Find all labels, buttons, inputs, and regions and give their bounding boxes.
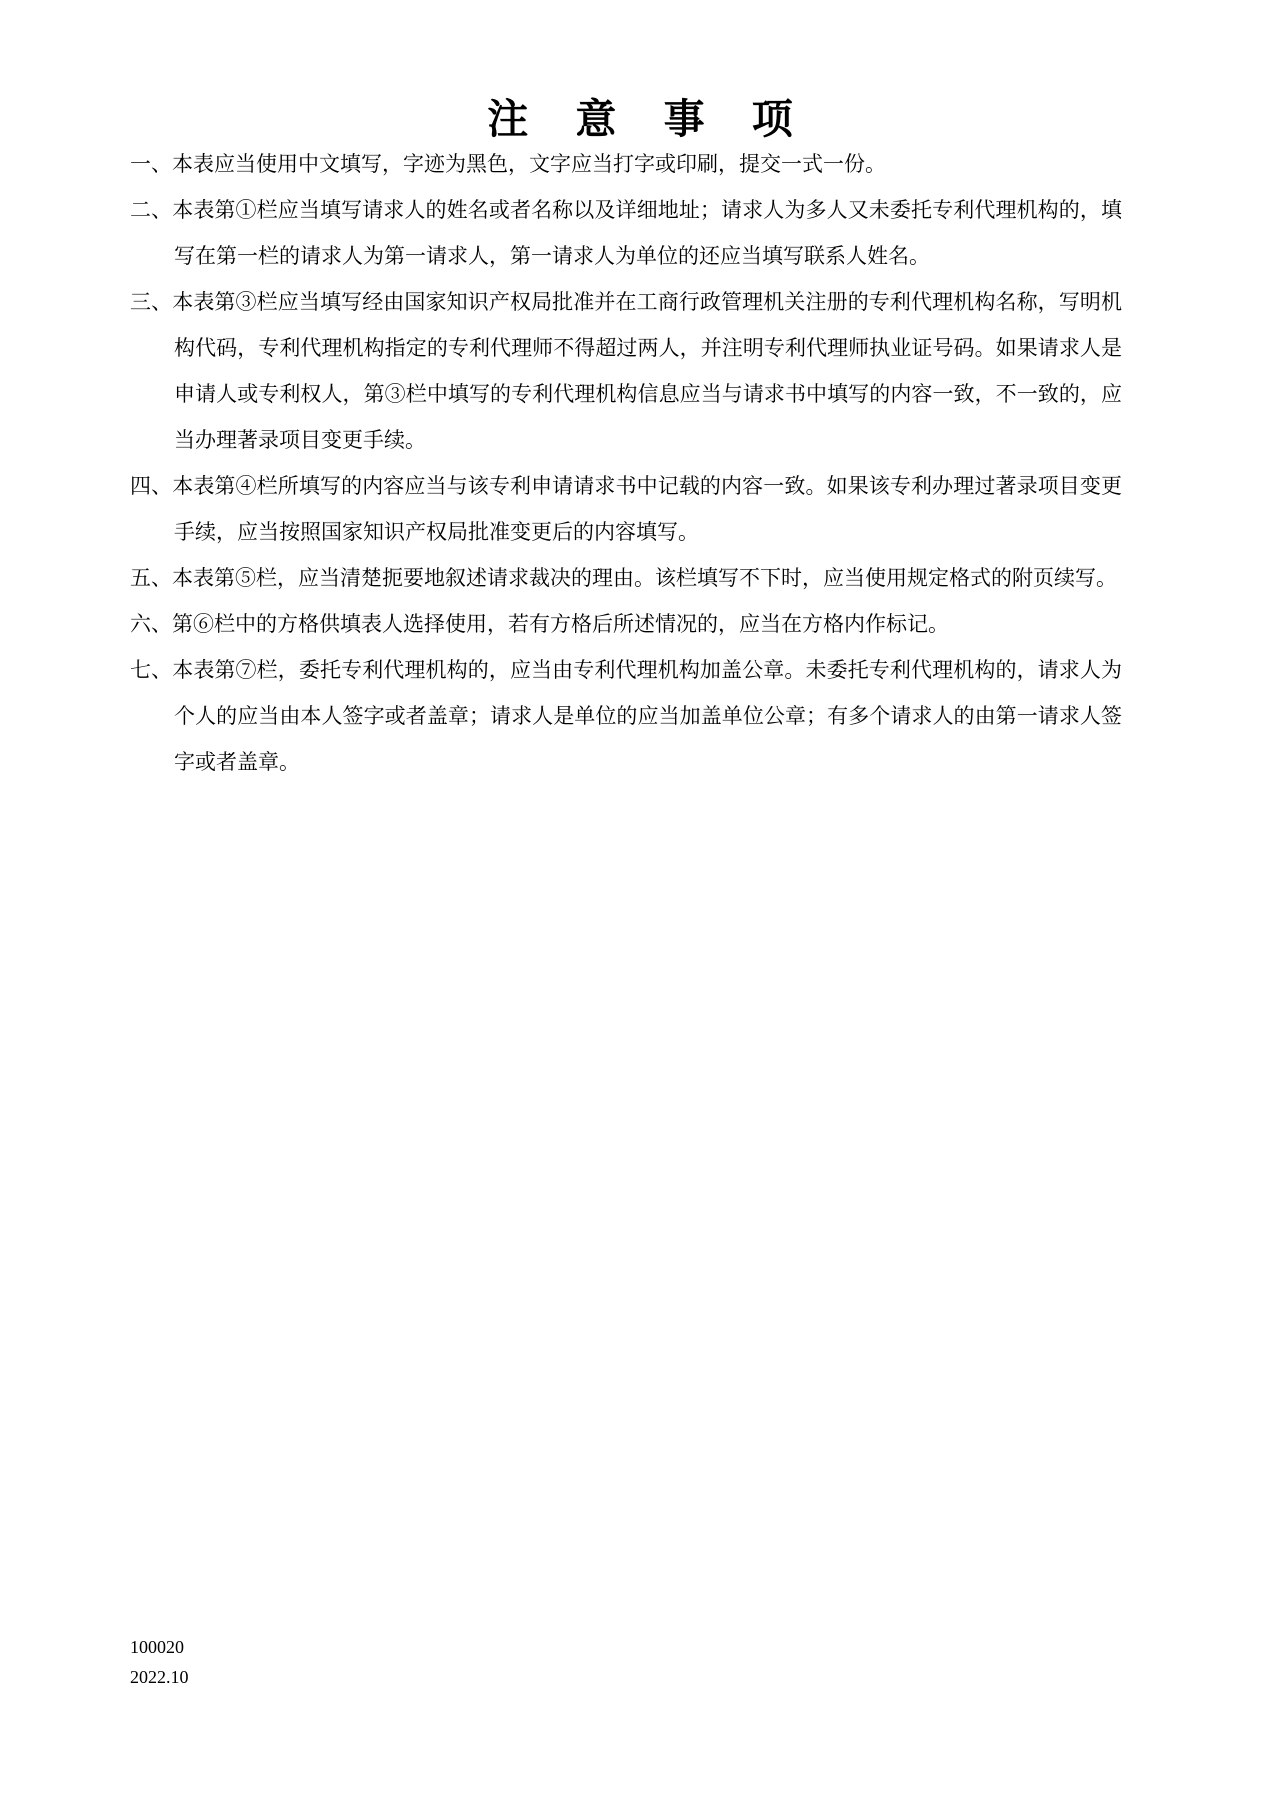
note-text: 本表应当使用中文填写，字迹为黑色，文字应当打字或印刷，提交一式一份。 — [172, 152, 886, 176]
notice-page: 注意事项 一、本表应当使用中文填写，字迹为黑色，文字应当打字或印刷，提交一式一份… — [0, 0, 1280, 1810]
page-title: 注意事项 — [0, 86, 1280, 145]
form-revision-date: 2022.10 — [130, 1662, 189, 1692]
note-item-5: 五、本表第⑤栏，应当清楚扼要地叙述请求裁决的理由。该栏填写不下时，应当使用规定格… — [130, 555, 1122, 601]
note-item-4: 四、本表第④栏所填写的内容应当与该专利申请请求书中记载的内容一致。如果该专利办理… — [130, 463, 1122, 555]
note-item-1: 一、本表应当使用中文填写，字迹为黑色，文字应当打字或印刷，提交一式一份。 — [130, 141, 1122, 187]
note-text: 本表第①栏应当填写请求人的姓名或者名称以及详细地址；请求人为多人又未委托专利代理… — [172, 198, 1122, 268]
note-item-2: 二、本表第①栏应当填写请求人的姓名或者名称以及详细地址；请求人为多人又未委托专利… — [130, 187, 1122, 279]
note-text: 第⑥栏中的方格供填表人选择使用，若有方格后所述情况的，应当在方格内作标记。 — [172, 612, 949, 636]
note-item-7: 七、本表第⑦栏，委托专利代理机构的，应当由专利代理机构加盖公章。未委托专利代理机… — [130, 647, 1122, 785]
note-item-6: 六、第⑥栏中的方格供填表人选择使用，若有方格后所述情况的，应当在方格内作标记。 — [130, 601, 1122, 647]
note-text: 本表第④栏所填写的内容应当与该专利申请请求书中记载的内容一致。如果该专利办理过著… — [172, 474, 1122, 544]
note-number: 二、 — [130, 198, 172, 222]
notes-list: 一、本表应当使用中文填写，字迹为黑色，文字应当打字或印刷，提交一式一份。 二、本… — [130, 141, 1122, 785]
note-number: 四、 — [130, 474, 172, 498]
note-number: 七、 — [130, 658, 172, 682]
note-number: 一、 — [130, 152, 172, 176]
note-number: 六、 — [130, 612, 172, 636]
note-text: 本表第⑦栏，委托专利代理机构的，应当由专利代理机构加盖公章。未委托专利代理机构的… — [172, 658, 1122, 774]
note-number: 三、 — [130, 290, 172, 314]
form-footer: 100020 2022.10 — [130, 1632, 189, 1692]
note-number: 五、 — [130, 566, 172, 590]
note-text: 本表第③栏应当填写经由国家知识产权局批准并在工商行政管理机关注册的专利代理机构名… — [172, 290, 1122, 452]
note-text: 本表第⑤栏，应当清楚扼要地叙述请求裁决的理由。该栏填写不下时，应当使用规定格式的… — [172, 566, 1117, 590]
note-item-3: 三、本表第③栏应当填写经由国家知识产权局批准并在工商行政管理机关注册的专利代理机… — [130, 279, 1122, 463]
form-code: 100020 — [130, 1632, 189, 1662]
